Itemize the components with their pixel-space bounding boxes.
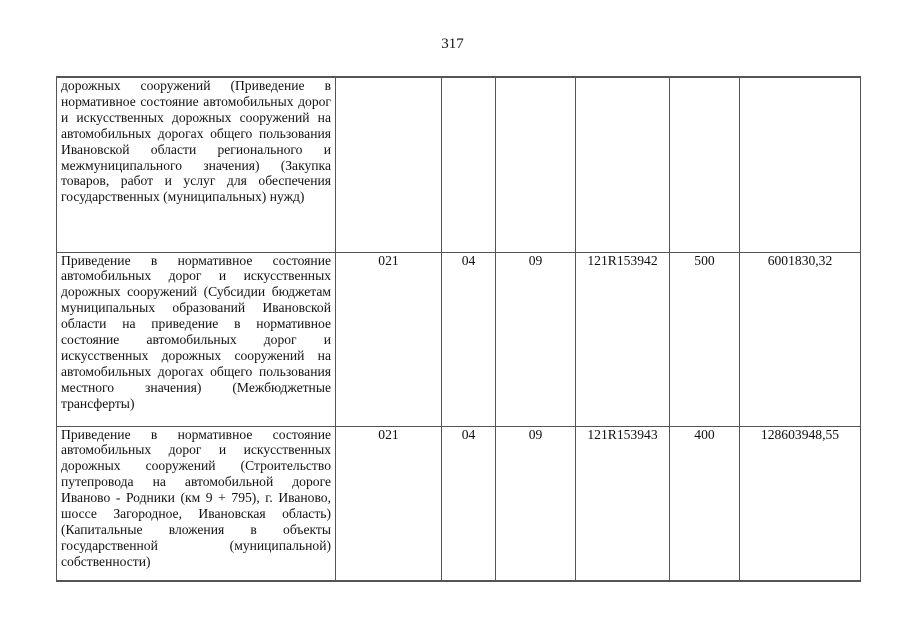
cell-subsection xyxy=(496,77,576,252)
table-row: Приведение в нормативное состояние автом… xyxy=(57,426,861,581)
table-row: Приведение в нормативное состояние автом… xyxy=(57,252,861,426)
cell-description: дорожных сооружений (Приведение в нормат… xyxy=(57,77,336,252)
cell-amount xyxy=(740,77,861,252)
cell-section xyxy=(442,77,496,252)
cell-section: 04 xyxy=(442,252,496,426)
cell-subsection: 09 xyxy=(496,426,576,581)
table-row: дорожных сооружений (Приведение в нормат… xyxy=(57,77,861,252)
cell-target-article: 121R153943 xyxy=(576,426,670,581)
cell-expense-type xyxy=(670,77,740,252)
cell-amount: 6001830,32 xyxy=(740,252,861,426)
cell-target-article: 121R153942 xyxy=(576,252,670,426)
cell-section: 04 xyxy=(442,426,496,581)
cell-expense-type: 500 xyxy=(670,252,740,426)
cell-description: Приведение в нормативное состояние автом… xyxy=(57,252,336,426)
cell-ministry: 021 xyxy=(336,426,442,581)
cell-ministry: 021 xyxy=(336,252,442,426)
cell-subsection: 09 xyxy=(496,252,576,426)
cell-description: Приведение в нормативное состояние автом… xyxy=(57,426,336,581)
cell-ministry xyxy=(336,77,442,252)
cell-target-article xyxy=(576,77,670,252)
page-number: 317 xyxy=(0,36,905,53)
cell-expense-type: 400 xyxy=(670,426,740,581)
cell-amount: 128603948,55 xyxy=(740,426,861,581)
budget-table: дорожных сооружений (Приведение в нормат… xyxy=(56,76,861,582)
